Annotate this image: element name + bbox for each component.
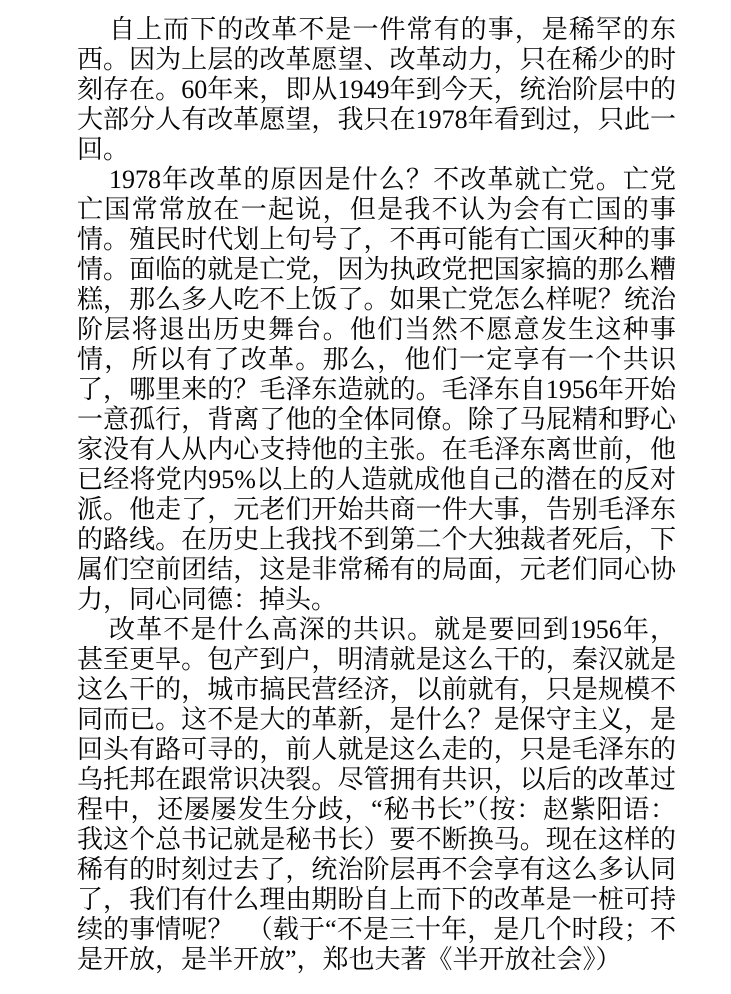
paragraph-1: 自上而下的改革不是一件常有的事，是稀罕的东西。因为上层的改革愿望、改革动力，只在… (77, 15, 676, 165)
essay-body: 自上而下的改革不是一件常有的事，是稀罕的东西。因为上层的改革愿望、改革动力，只在… (77, 15, 676, 975)
paragraph-2: 1978年改革的原因是什么？不改革就亡党。亡党亡国常常放在一起说，但是我不认为会… (77, 165, 676, 615)
paragraph-3: 改革不是什么高深的共识。就是要回到1956年，甚至更早。包产到户，明清就是这么干… (77, 615, 676, 975)
document-page: 自上而下的改革不是一件常有的事，是稀罕的东西。因为上层的改革愿望、改革动力，只在… (0, 0, 731, 994)
